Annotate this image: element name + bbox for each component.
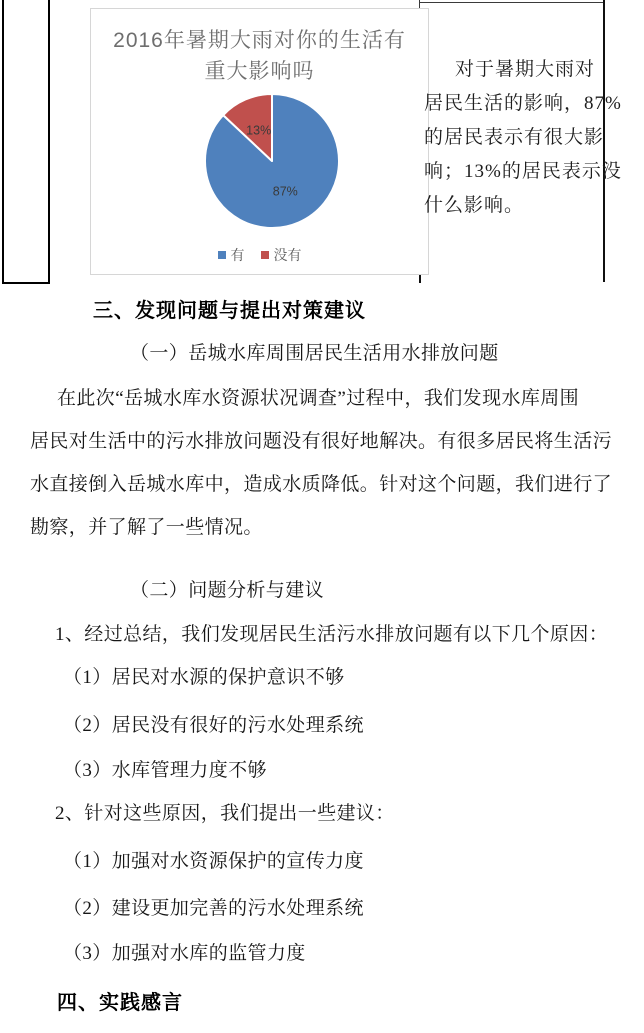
doc-line: （2）居民没有很好的污水处理系统 [63, 710, 364, 737]
doc-line: （2）建设更加完善的污水处理系统 [63, 893, 364, 920]
doc-line: （3）加强对水库的监管力度 [63, 938, 306, 965]
doc-line: 居民对生活中的污水排放问题没有很好地解决。有很多居民将生活污 [30, 426, 612, 453]
document-body: 三、发现问题与提出对策建议（一）岳城水库周围居民生活用水排放问题在此次“岳城水库… [0, 0, 644, 1033]
section-heading: 三、发现问题与提出对策建议 [93, 294, 366, 323]
doc-line: 1、经过总结，我们发现居民生活污水排放问题有以下几个原因： [55, 619, 608, 646]
doc-line: （1）加强对水资源保护的宣传力度 [63, 846, 364, 873]
doc-line: （3）水库管理力度不够 [63, 755, 267, 782]
doc-line: 勘察，并了解了一些情况。 [30, 512, 263, 539]
doc-line: 在此次“岳城水库水资源状况调查”过程中，我们发现水库周围 [57, 383, 579, 410]
doc-line: （1）居民对水源的保护意识不够 [63, 662, 345, 689]
doc-line: 水直接倒入岳城水库中，造成水质降低。针对这个问题，我们进行了 [30, 469, 612, 496]
section-heading: 四、实践感言 [57, 986, 183, 1015]
doc-line: （一）岳城水库周围居民生活用水排放问题 [130, 338, 499, 365]
doc-line: 2、针对这些原因，我们提出一些建议： [55, 798, 395, 825]
document-page: 87%13% 2016年暑期大雨对你的生活有 重大影响吗 有没有 对于暑期大雨对… [0, 0, 644, 1033]
doc-line: （二）问题分析与建议 [130, 575, 324, 602]
